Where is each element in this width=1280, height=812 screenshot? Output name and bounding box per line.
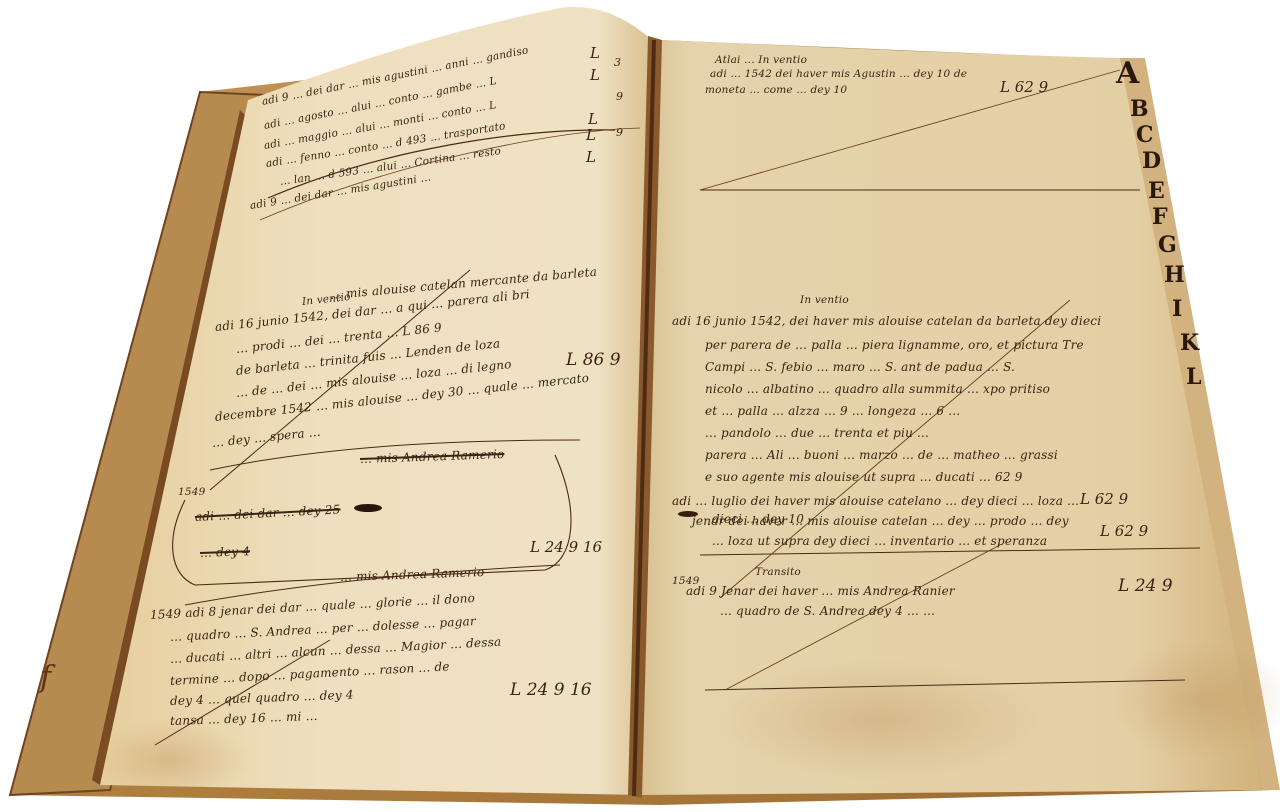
left-1549-amount: L 24 9 16 bbox=[510, 680, 592, 700]
right-1549-line-1: adi 9 Jenar dei haver ... mis Andrea Ran… bbox=[686, 584, 955, 598]
left-1542-amount: L 86 9 bbox=[566, 350, 621, 370]
index-tab-a[interactable]: A bbox=[1116, 56, 1139, 91]
index-tab-l[interactable]: L bbox=[1186, 364, 1201, 390]
left-margin-num-2: 9 bbox=[616, 90, 623, 103]
index-tab-h[interactable]: H bbox=[1164, 262, 1185, 288]
right-top-line-2: moneta ... come ... dey 10 bbox=[705, 84, 847, 96]
right-1542-line-8: e suo agente mis alouise ut supra ... du… bbox=[705, 470, 1023, 484]
right-1542-line-2: per parera de ... palla ... piera lignam… bbox=[705, 338, 1084, 352]
index-tab-f[interactable]: F bbox=[1152, 204, 1168, 230]
index-tab-c[interactable]: C bbox=[1136, 122, 1154, 148]
index-tab-i[interactable]: I bbox=[1172, 296, 1182, 322]
index-tab-d[interactable]: D bbox=[1142, 148, 1161, 174]
index-tab-g[interactable]: G bbox=[1158, 232, 1177, 258]
right-top-line-1: adi ... 1542 dei haver mis Agustin ... d… bbox=[710, 68, 967, 80]
right-1549-line-2: ... quadro de S. Andrea dey 4 ... ... bbox=[720, 604, 935, 618]
right-july-amount: L 62 9 bbox=[1080, 490, 1128, 508]
right-1542-line-4: nicolo ... albatino ... quadro alla summ… bbox=[705, 382, 1050, 396]
right-top-heading: Atlai ... In ventio bbox=[715, 54, 807, 66]
left-top-amount-2: L bbox=[590, 66, 600, 84]
left-1549-struck-amount: L 24 9 16 bbox=[530, 538, 602, 556]
index-tab-b[interactable]: B bbox=[1130, 96, 1149, 122]
right-1542-line-1: adi 16 junio 1542, dei haver mis alouise… bbox=[672, 314, 1101, 328]
right-1542-line-5: et ... palla ... alzza ... 9 ... longeza… bbox=[705, 404, 960, 418]
right-1549-amount: L 24 9 bbox=[1118, 576, 1173, 596]
book-illustration bbox=[0, 0, 1280, 812]
right-1542-line-3: Campi ... S. febio ... maro ... S. ant d… bbox=[705, 360, 1015, 374]
left-1549-struck-year: 1549 bbox=[178, 486, 206, 498]
right-july-line-1: adi ... luglio dei haver mis alouise cat… bbox=[672, 494, 1079, 508]
right-1549-heading: Transito bbox=[755, 566, 801, 578]
right-1542-line-6: ... pandolo ... due ... trenta et piu ..… bbox=[705, 426, 929, 440]
right-top-amount: L 62 9 bbox=[1000, 78, 1048, 96]
left-margin-mark: f bbox=[40, 660, 51, 695]
right-1542-line-7: parera ... Ali ... buoni ... marzo ... d… bbox=[705, 448, 1058, 462]
right-1542-heading: In ventio bbox=[800, 294, 849, 306]
right-jenar-amount: L 62 9 bbox=[1100, 522, 1148, 540]
right-jenar-line-1: jenar dei haver ... mis alouise catelan … bbox=[692, 514, 1069, 528]
index-tab-e[interactable]: E bbox=[1148, 178, 1165, 204]
left-margin-num-3: 9 bbox=[616, 126, 623, 139]
left-top-amount-1: L bbox=[590, 44, 600, 62]
index-tab-k[interactable]: K bbox=[1180, 330, 1199, 356]
left-1549-struck-line-3: ... dey 4 bbox=[200, 544, 251, 560]
left-top-amount-4: L bbox=[586, 126, 596, 144]
left-margin-num-1: 3 bbox=[614, 56, 621, 69]
right-jenar-line-2: ... loza ut supra dey dieci ... inventar… bbox=[712, 534, 1047, 548]
ledger-photograph: adi 9 ... dei dar ... mis agustini ... a… bbox=[0, 0, 1280, 812]
left-top-amount-5: L bbox=[586, 148, 596, 166]
